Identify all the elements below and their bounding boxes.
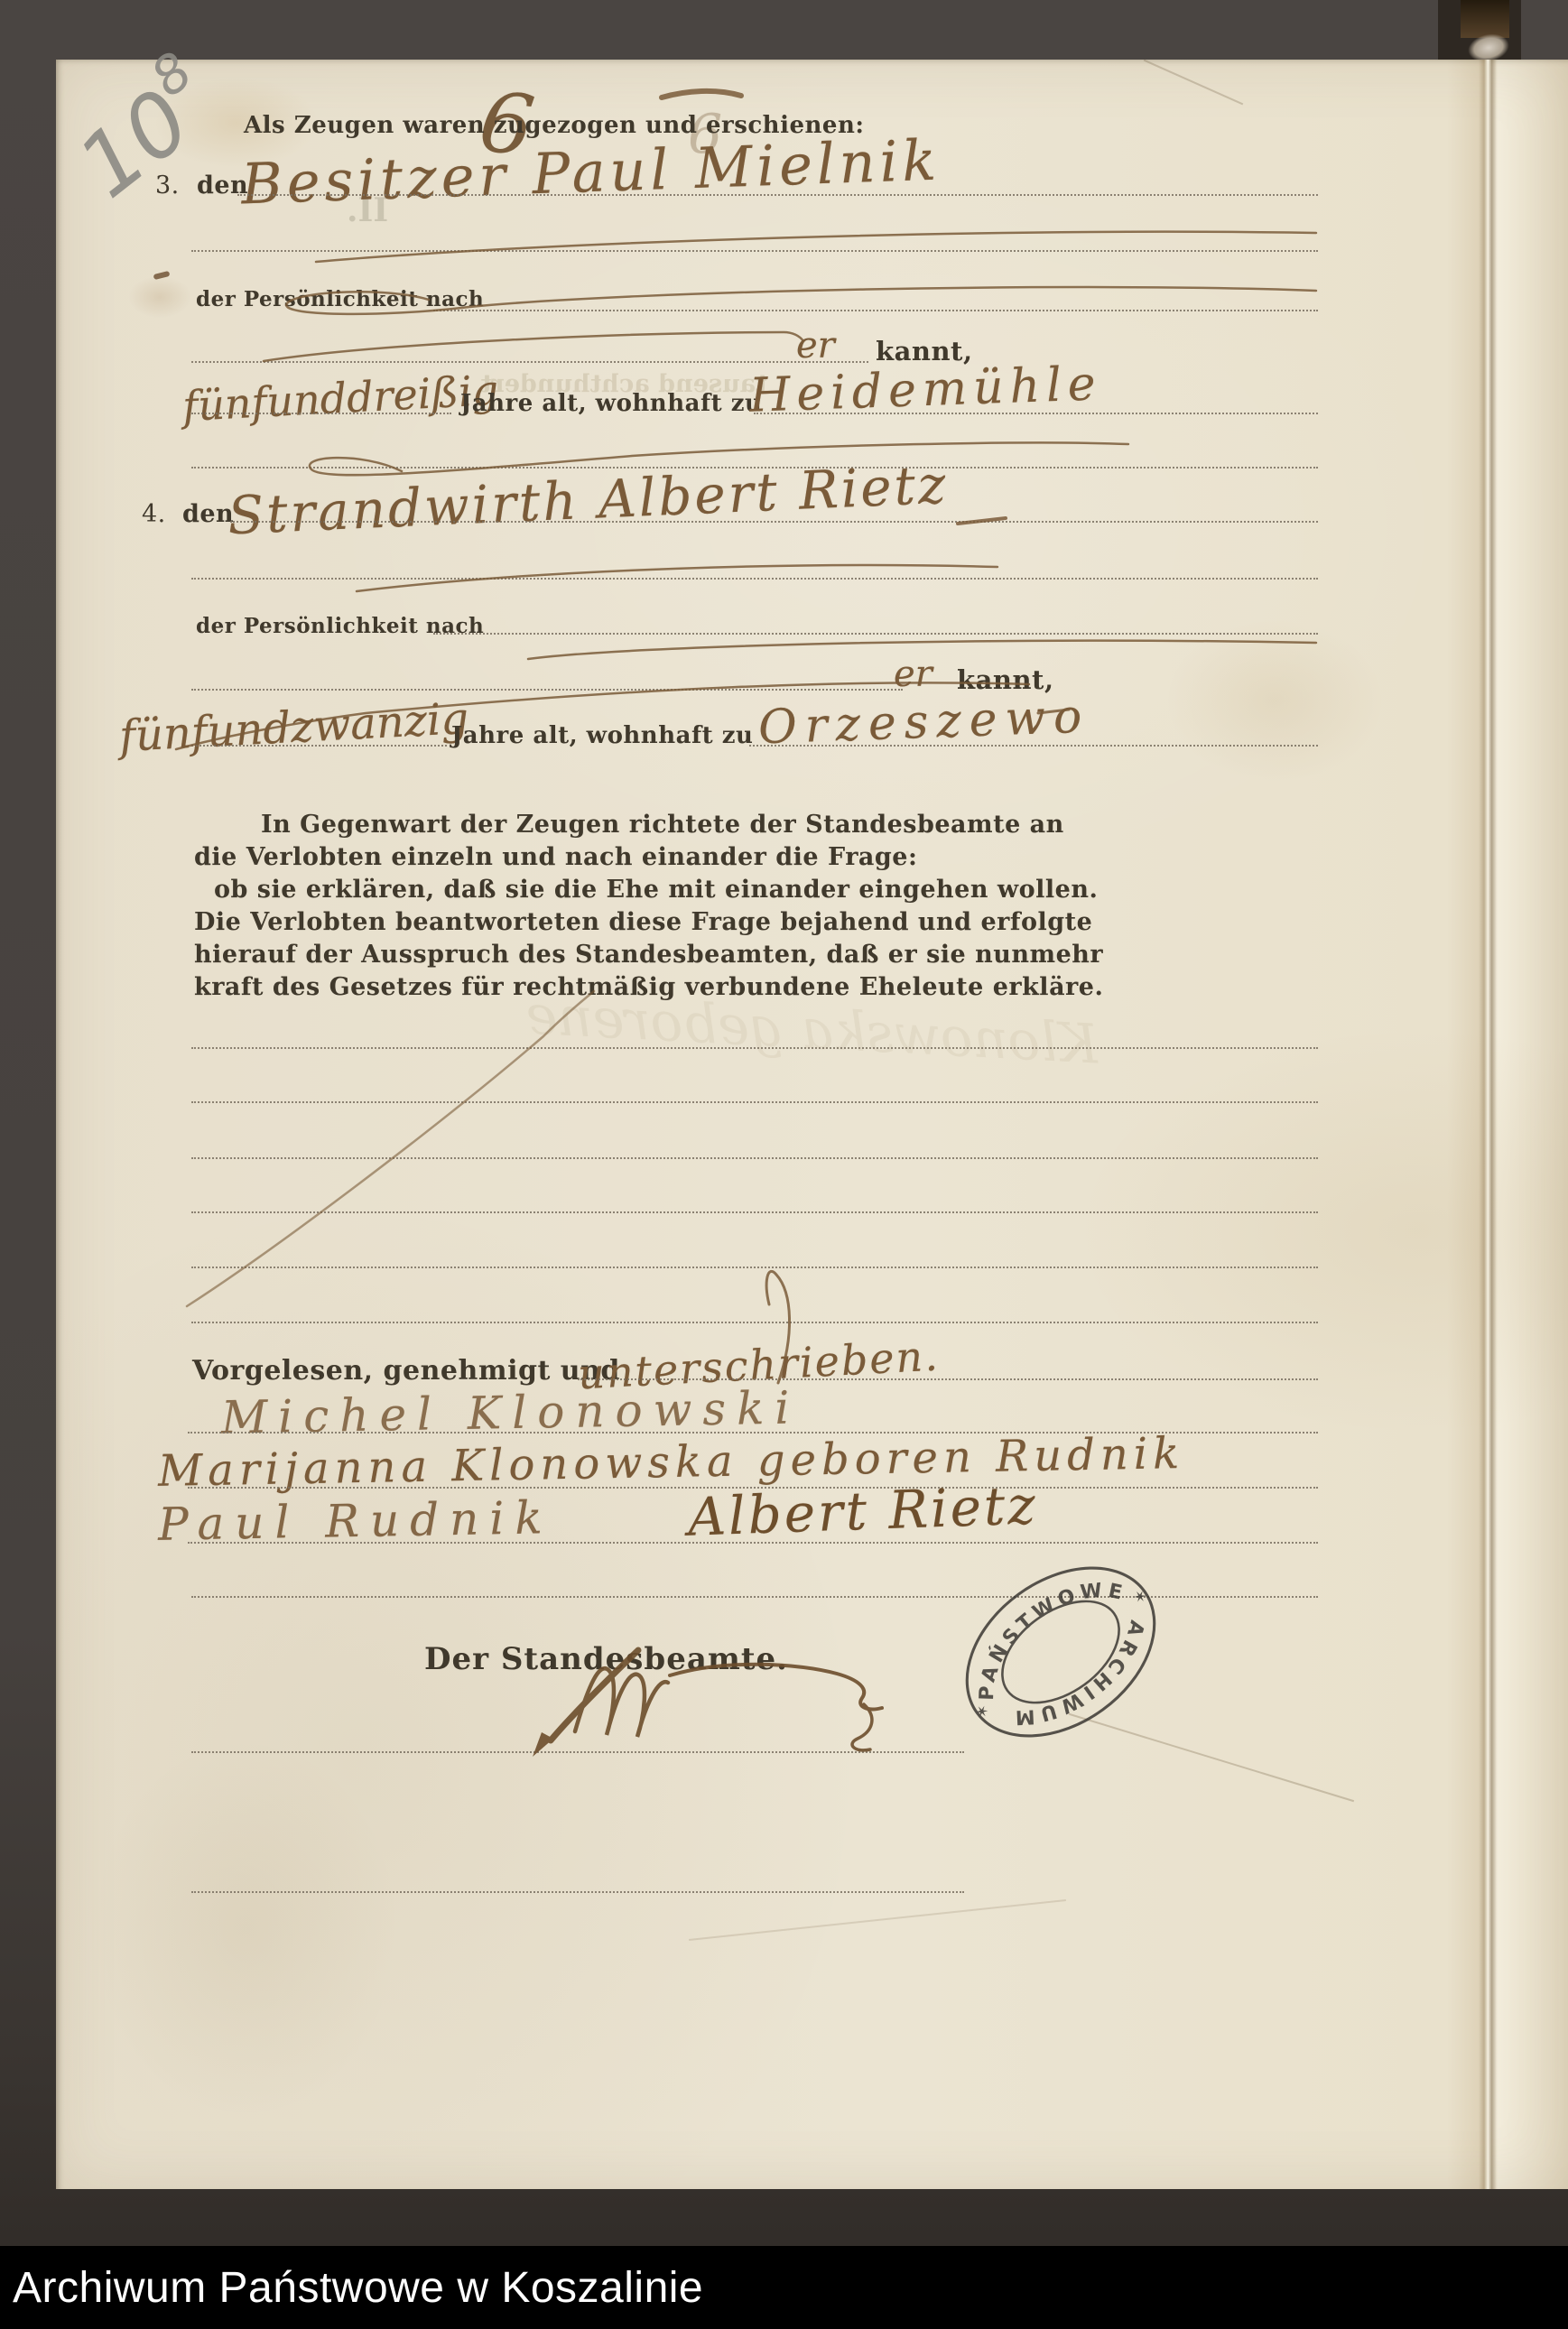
witness3-age-handwritten: fünfunddreißig bbox=[181, 366, 500, 431]
signature-groom: Michel Klonowski bbox=[221, 1381, 801, 1443]
dotted-line bbox=[578, 1378, 1318, 1380]
declaration-line: die Verlobten einzeln und nach einander … bbox=[194, 841, 1043, 874]
paper-stain bbox=[92, 1739, 399, 2118]
witness4-age-print: Jahre alt, wohnhaft zu bbox=[451, 722, 753, 749]
witness4-prefix: den bbox=[182, 500, 234, 528]
witness3-identity-label: der Persönlichkeit nach bbox=[196, 287, 484, 311]
paper-crease bbox=[1069, 1713, 1354, 1802]
paper-stain bbox=[1166, 619, 1383, 782]
dotted-line bbox=[433, 310, 1318, 311]
archive-footer-bar: Archiwum Państwowe w Koszalinie bbox=[0, 2246, 1568, 2329]
stamp-star-right: ✶ bbox=[1130, 1586, 1152, 1609]
binding-crease bbox=[1479, 60, 1497, 2189]
binding-tape bbox=[1461, 0, 1509, 38]
paper-crease bbox=[689, 1899, 1066, 1941]
document-page: II. tausend achthundert Klonowska gebore… bbox=[56, 60, 1568, 2189]
dotted-line bbox=[749, 745, 1318, 747]
dotted-line bbox=[191, 1751, 964, 1753]
declaration-paragraph: In Gegenwart der Zeugen richtete der Sta… bbox=[194, 809, 1043, 1004]
witness3-age-print: Jahre alt, wohnhaft zu bbox=[460, 390, 762, 417]
dotted-line bbox=[191, 413, 451, 414]
dotted-line bbox=[230, 521, 1318, 523]
witness3-name-handwritten: Besitzer Paul Mielnik bbox=[240, 126, 942, 217]
archive-footer-label: Archiwum Państwowe w Koszalinie bbox=[0, 2263, 703, 2313]
registrar-label: Der Standesbeamte. bbox=[424, 1641, 788, 1677]
dotted-line bbox=[191, 1101, 1318, 1103]
dotted-line bbox=[191, 1211, 1318, 1213]
dotted-line bbox=[191, 361, 868, 363]
dotted-line bbox=[188, 1542, 1318, 1544]
dotted-line bbox=[191, 689, 903, 691]
stamp-star-left: ✶ bbox=[972, 1701, 994, 1723]
dotted-line bbox=[191, 1322, 1318, 1323]
declaration-line: ob sie erklären, daß sie die Ehe mit ein… bbox=[194, 874, 1043, 906]
ink-blot bbox=[153, 271, 171, 280]
dotted-line bbox=[191, 578, 1318, 580]
witness4-age-handwritten: fünfundzwanzig bbox=[118, 693, 470, 762]
signature-witness4: Albert Rietz bbox=[687, 1474, 1039, 1547]
dotted-line bbox=[191, 250, 1318, 252]
archive-oval-stamp: PAŃSTWOWE ARCHIWUM ✶ ✶ bbox=[919, 1517, 1202, 1788]
dotted-line bbox=[191, 1891, 964, 1893]
dotted-line bbox=[237, 194, 1318, 196]
declaration-line: kraft des Gesetzes für rechtmäßig verbun… bbox=[194, 971, 1043, 1004]
witness4-number: 4. bbox=[142, 500, 166, 528]
declaration-line: Die Verlobten beantworteten diese Frage … bbox=[194, 906, 1043, 939]
dotted-line bbox=[754, 413, 1318, 414]
corner-crack bbox=[1144, 60, 1243, 106]
scan-canvas: II. tausend achthundert Klonowska gebore… bbox=[0, 0, 1568, 2329]
dotted-line bbox=[433, 633, 1318, 635]
paper-stain bbox=[128, 276, 191, 318]
dotted-line bbox=[191, 745, 447, 747]
dotted-line bbox=[191, 1157, 1318, 1159]
declaration-line: In Gegenwart der Zeugen richtete der Sta… bbox=[194, 809, 1043, 841]
closing-print: Vorgelesen, genehmigt und bbox=[192, 1355, 620, 1387]
dotted-line bbox=[191, 1047, 1318, 1049]
declaration-line: hierauf der Ausspruch des Standesbeamten… bbox=[194, 939, 1043, 971]
witness3-number: 3. bbox=[155, 172, 180, 199]
dotted-line bbox=[191, 1267, 1318, 1268]
